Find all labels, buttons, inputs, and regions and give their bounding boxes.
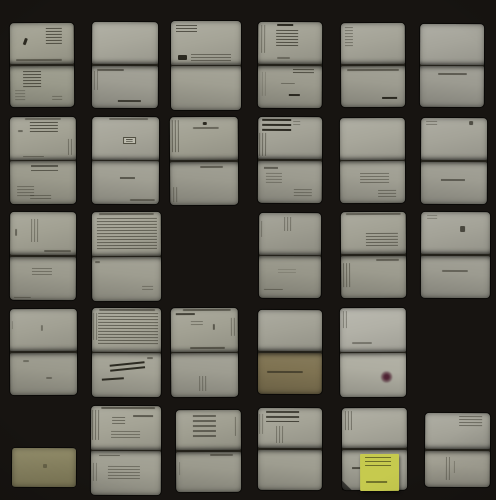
bold-scribble xyxy=(101,377,123,382)
vertical-handwriting xyxy=(93,313,97,339)
bottom-page xyxy=(170,162,238,206)
handwriting-line xyxy=(347,69,398,71)
handwriting-line xyxy=(101,407,156,409)
handwriting-block xyxy=(278,269,297,273)
vertical-handwriting xyxy=(92,410,98,440)
vertical-handwriting xyxy=(31,219,38,242)
bold-scribble xyxy=(31,165,57,170)
top-page xyxy=(341,212,406,255)
handwriting-block xyxy=(98,313,157,346)
bottom-page xyxy=(341,256,406,299)
bottom-page xyxy=(171,353,238,397)
notebook-grid xyxy=(0,0,496,500)
r4c4-open-notebook xyxy=(258,310,322,394)
vertical-handwriting xyxy=(343,263,350,287)
handwriting-line xyxy=(16,59,62,61)
handwriting-line xyxy=(267,371,303,374)
top-page xyxy=(92,308,161,352)
handwriting-line xyxy=(14,296,31,298)
top-page xyxy=(10,309,77,352)
handwriting-line xyxy=(376,259,399,261)
handwriting-line xyxy=(110,118,149,120)
r1c4-open-notebook xyxy=(258,22,322,108)
ink-mark xyxy=(147,357,153,360)
ink-mark xyxy=(212,324,214,330)
ink-mark xyxy=(469,121,474,125)
handwriting-block xyxy=(30,122,58,133)
vertical-handwriting xyxy=(276,426,285,443)
top-page xyxy=(258,117,322,160)
handwriting-line xyxy=(44,250,70,252)
ink-mark xyxy=(46,377,51,379)
top-page xyxy=(258,408,322,449)
r3c6-open-notebook xyxy=(421,212,490,298)
vertical-handwriting xyxy=(284,217,293,231)
ink-blot xyxy=(380,371,393,383)
handwriting-line xyxy=(277,57,290,59)
handwriting-block xyxy=(30,195,51,201)
bold-scribble xyxy=(133,415,153,420)
vertical-handwriting xyxy=(235,417,238,436)
top-page xyxy=(341,23,405,65)
top-page xyxy=(340,118,405,160)
r4c1-open-notebook xyxy=(10,309,77,395)
r4c5-open-notebook xyxy=(340,308,406,397)
handwriting-line xyxy=(438,73,467,75)
bottom-page xyxy=(420,66,484,107)
top-page xyxy=(421,118,487,161)
vertical-handwriting xyxy=(179,462,183,475)
handwriting-line xyxy=(99,309,156,311)
r5c3-open-notebook xyxy=(176,410,241,492)
vertical-handwriting xyxy=(259,414,263,434)
handwriting-block xyxy=(459,416,482,426)
vertical-handwriting xyxy=(173,187,179,202)
r2c5-open-notebook xyxy=(340,118,405,203)
handwriting-line xyxy=(264,289,283,291)
top-page xyxy=(258,22,322,65)
handwriting-line xyxy=(200,166,223,168)
handwriting-block xyxy=(46,28,63,45)
r1c6-open-notebook xyxy=(420,24,484,107)
r2c1-open-notebook xyxy=(10,117,76,204)
r3c4-open-notebook xyxy=(259,213,321,298)
handwriting-line xyxy=(97,69,123,71)
ink-mark xyxy=(95,261,100,263)
bottom-page xyxy=(91,451,161,495)
bold-scribble xyxy=(118,100,140,103)
ink-mark xyxy=(18,130,23,132)
bottom-page xyxy=(259,256,321,298)
r2c4-open-notebook xyxy=(258,117,322,203)
vertical-handwriting xyxy=(453,461,456,473)
bottom-page xyxy=(258,450,322,491)
r3c1-open-notebook xyxy=(10,212,76,300)
r5c5-open-notebook xyxy=(342,408,407,490)
handwriting-block xyxy=(142,286,153,292)
top-page xyxy=(342,408,407,449)
top-page xyxy=(170,117,238,161)
top-page xyxy=(425,413,490,450)
handwriting-block xyxy=(23,71,41,88)
r2c2-open-notebook xyxy=(92,117,159,204)
card-page xyxy=(12,448,76,487)
bottom-page xyxy=(171,66,241,110)
r4c3-open-notebook xyxy=(171,308,238,397)
handwriting-block xyxy=(15,90,25,102)
r5c1-tan-card xyxy=(12,448,76,487)
top-page xyxy=(176,410,241,451)
bottom-page xyxy=(10,161,76,204)
ink-mark xyxy=(23,38,28,45)
r1c3-open-notebook xyxy=(171,21,241,110)
r2c3-open-notebook xyxy=(170,117,238,205)
handwriting-line xyxy=(281,83,295,85)
ink-mark xyxy=(41,325,44,331)
bottom-page xyxy=(176,452,241,493)
r1c1-open-notebook xyxy=(10,23,74,107)
bold-scribble xyxy=(263,119,291,131)
ink-mark xyxy=(43,464,47,468)
ink-mark xyxy=(460,226,466,233)
bottom-page xyxy=(341,66,405,108)
vertical-handwriting xyxy=(199,376,206,391)
top-page xyxy=(171,308,238,352)
handwriting-line xyxy=(210,454,233,456)
bold-scribble xyxy=(277,24,292,29)
handwriting-line xyxy=(346,213,401,215)
vertical-handwriting xyxy=(345,411,352,430)
bold-scribble xyxy=(120,177,135,181)
vertical-handwriting xyxy=(261,25,266,53)
handwriting-line xyxy=(99,213,154,215)
handwriting-block xyxy=(111,430,140,439)
handwriting-block xyxy=(426,121,437,127)
r4c2-open-notebook xyxy=(92,308,161,397)
bottom-page xyxy=(258,353,322,395)
bold-scribble xyxy=(176,313,195,318)
handwriting-line xyxy=(193,126,219,128)
handwriting-line xyxy=(99,455,120,457)
top-page xyxy=(171,21,241,65)
handwriting-block xyxy=(378,190,396,196)
handwriting-block xyxy=(360,173,390,186)
bold-scribble xyxy=(193,415,216,438)
vertical-handwriting xyxy=(94,71,98,90)
top-page xyxy=(92,212,161,256)
r3c5-open-notebook xyxy=(341,212,406,298)
bottom-page xyxy=(258,66,322,109)
handwriting-block xyxy=(427,214,437,219)
r3c2-open-notebook xyxy=(92,212,161,301)
handwriting-block xyxy=(191,54,232,61)
bottom-page xyxy=(340,353,406,397)
bold-scribble xyxy=(110,361,145,373)
top-page xyxy=(258,310,322,352)
r5c4-open-notebook xyxy=(258,408,322,490)
handwriting-block xyxy=(97,218,157,251)
stamp-box xyxy=(124,137,136,145)
top-page xyxy=(92,117,159,160)
handwriting-block xyxy=(276,30,298,46)
bottom-page xyxy=(258,161,322,204)
bottom-page xyxy=(92,161,159,204)
top-page xyxy=(10,117,76,160)
bottom-page xyxy=(421,162,487,205)
top-page xyxy=(10,23,74,65)
bottom-page xyxy=(92,257,161,301)
handwriting-block xyxy=(32,268,52,278)
vertical-handwriting xyxy=(68,139,73,154)
bold-scribble xyxy=(441,179,465,181)
vertical-handwriting xyxy=(259,133,266,156)
top-page xyxy=(91,406,161,450)
ink-mark xyxy=(178,55,187,59)
top-page xyxy=(259,213,321,255)
bold-scribble xyxy=(382,97,397,101)
handwriting-block xyxy=(108,466,140,480)
handwriting-block xyxy=(293,69,314,75)
handwriting-block xyxy=(345,27,353,46)
vertical-handwriting xyxy=(446,457,451,480)
bottom-page xyxy=(421,256,490,299)
handwriting-line xyxy=(183,309,231,311)
top-page xyxy=(92,22,158,65)
r1c5-open-notebook xyxy=(341,23,405,107)
handwriting-line xyxy=(352,342,372,344)
bold-scribble xyxy=(264,166,278,169)
vertical-handwriting xyxy=(342,311,347,328)
handwriting-block xyxy=(266,172,283,183)
ink-mark xyxy=(15,229,17,236)
bottom-page xyxy=(10,257,76,301)
bold-scribble xyxy=(266,411,299,422)
top-page xyxy=(421,212,490,255)
r2c6-open-notebook xyxy=(421,118,487,204)
sticky-note xyxy=(360,454,399,491)
bottom-page xyxy=(10,66,74,108)
vertical-handwriting xyxy=(172,121,179,153)
notebooks-photo xyxy=(0,0,496,500)
bottom-page xyxy=(342,450,407,491)
top-page xyxy=(340,308,406,352)
handwriting-block xyxy=(191,321,203,327)
bottom-page xyxy=(425,450,490,487)
vertical-handwriting xyxy=(261,220,264,237)
r5c2-open-notebook xyxy=(91,406,161,495)
r1c2-open-notebook xyxy=(92,22,158,108)
top-page xyxy=(420,24,484,65)
handwriting-block xyxy=(366,233,399,247)
ink-mark xyxy=(203,122,206,125)
r5c6-open-notebook xyxy=(425,413,490,487)
vertical-handwriting xyxy=(231,317,235,335)
handwriting-line xyxy=(24,118,61,120)
handwriting-block xyxy=(112,416,125,424)
ink-mark xyxy=(23,360,28,362)
bottom-page xyxy=(92,353,161,397)
bottom-page xyxy=(92,66,158,109)
vertical-handwriting xyxy=(12,321,15,329)
top-page xyxy=(10,212,76,256)
handwriting-line xyxy=(442,270,468,272)
bottom-page xyxy=(10,353,77,396)
handwriting-line xyxy=(129,199,154,201)
handwriting-block xyxy=(293,121,301,125)
bold-scribble xyxy=(289,94,301,98)
handwriting-line xyxy=(190,346,225,348)
page-corner-fold xyxy=(342,480,352,490)
handwriting-block xyxy=(176,25,197,35)
handwriting-block xyxy=(52,96,62,102)
bottom-page xyxy=(340,161,405,203)
handwriting-line xyxy=(23,156,44,158)
vertical-handwriting xyxy=(93,463,97,481)
handwriting-block xyxy=(294,189,312,196)
vertical-handwriting xyxy=(262,71,265,96)
